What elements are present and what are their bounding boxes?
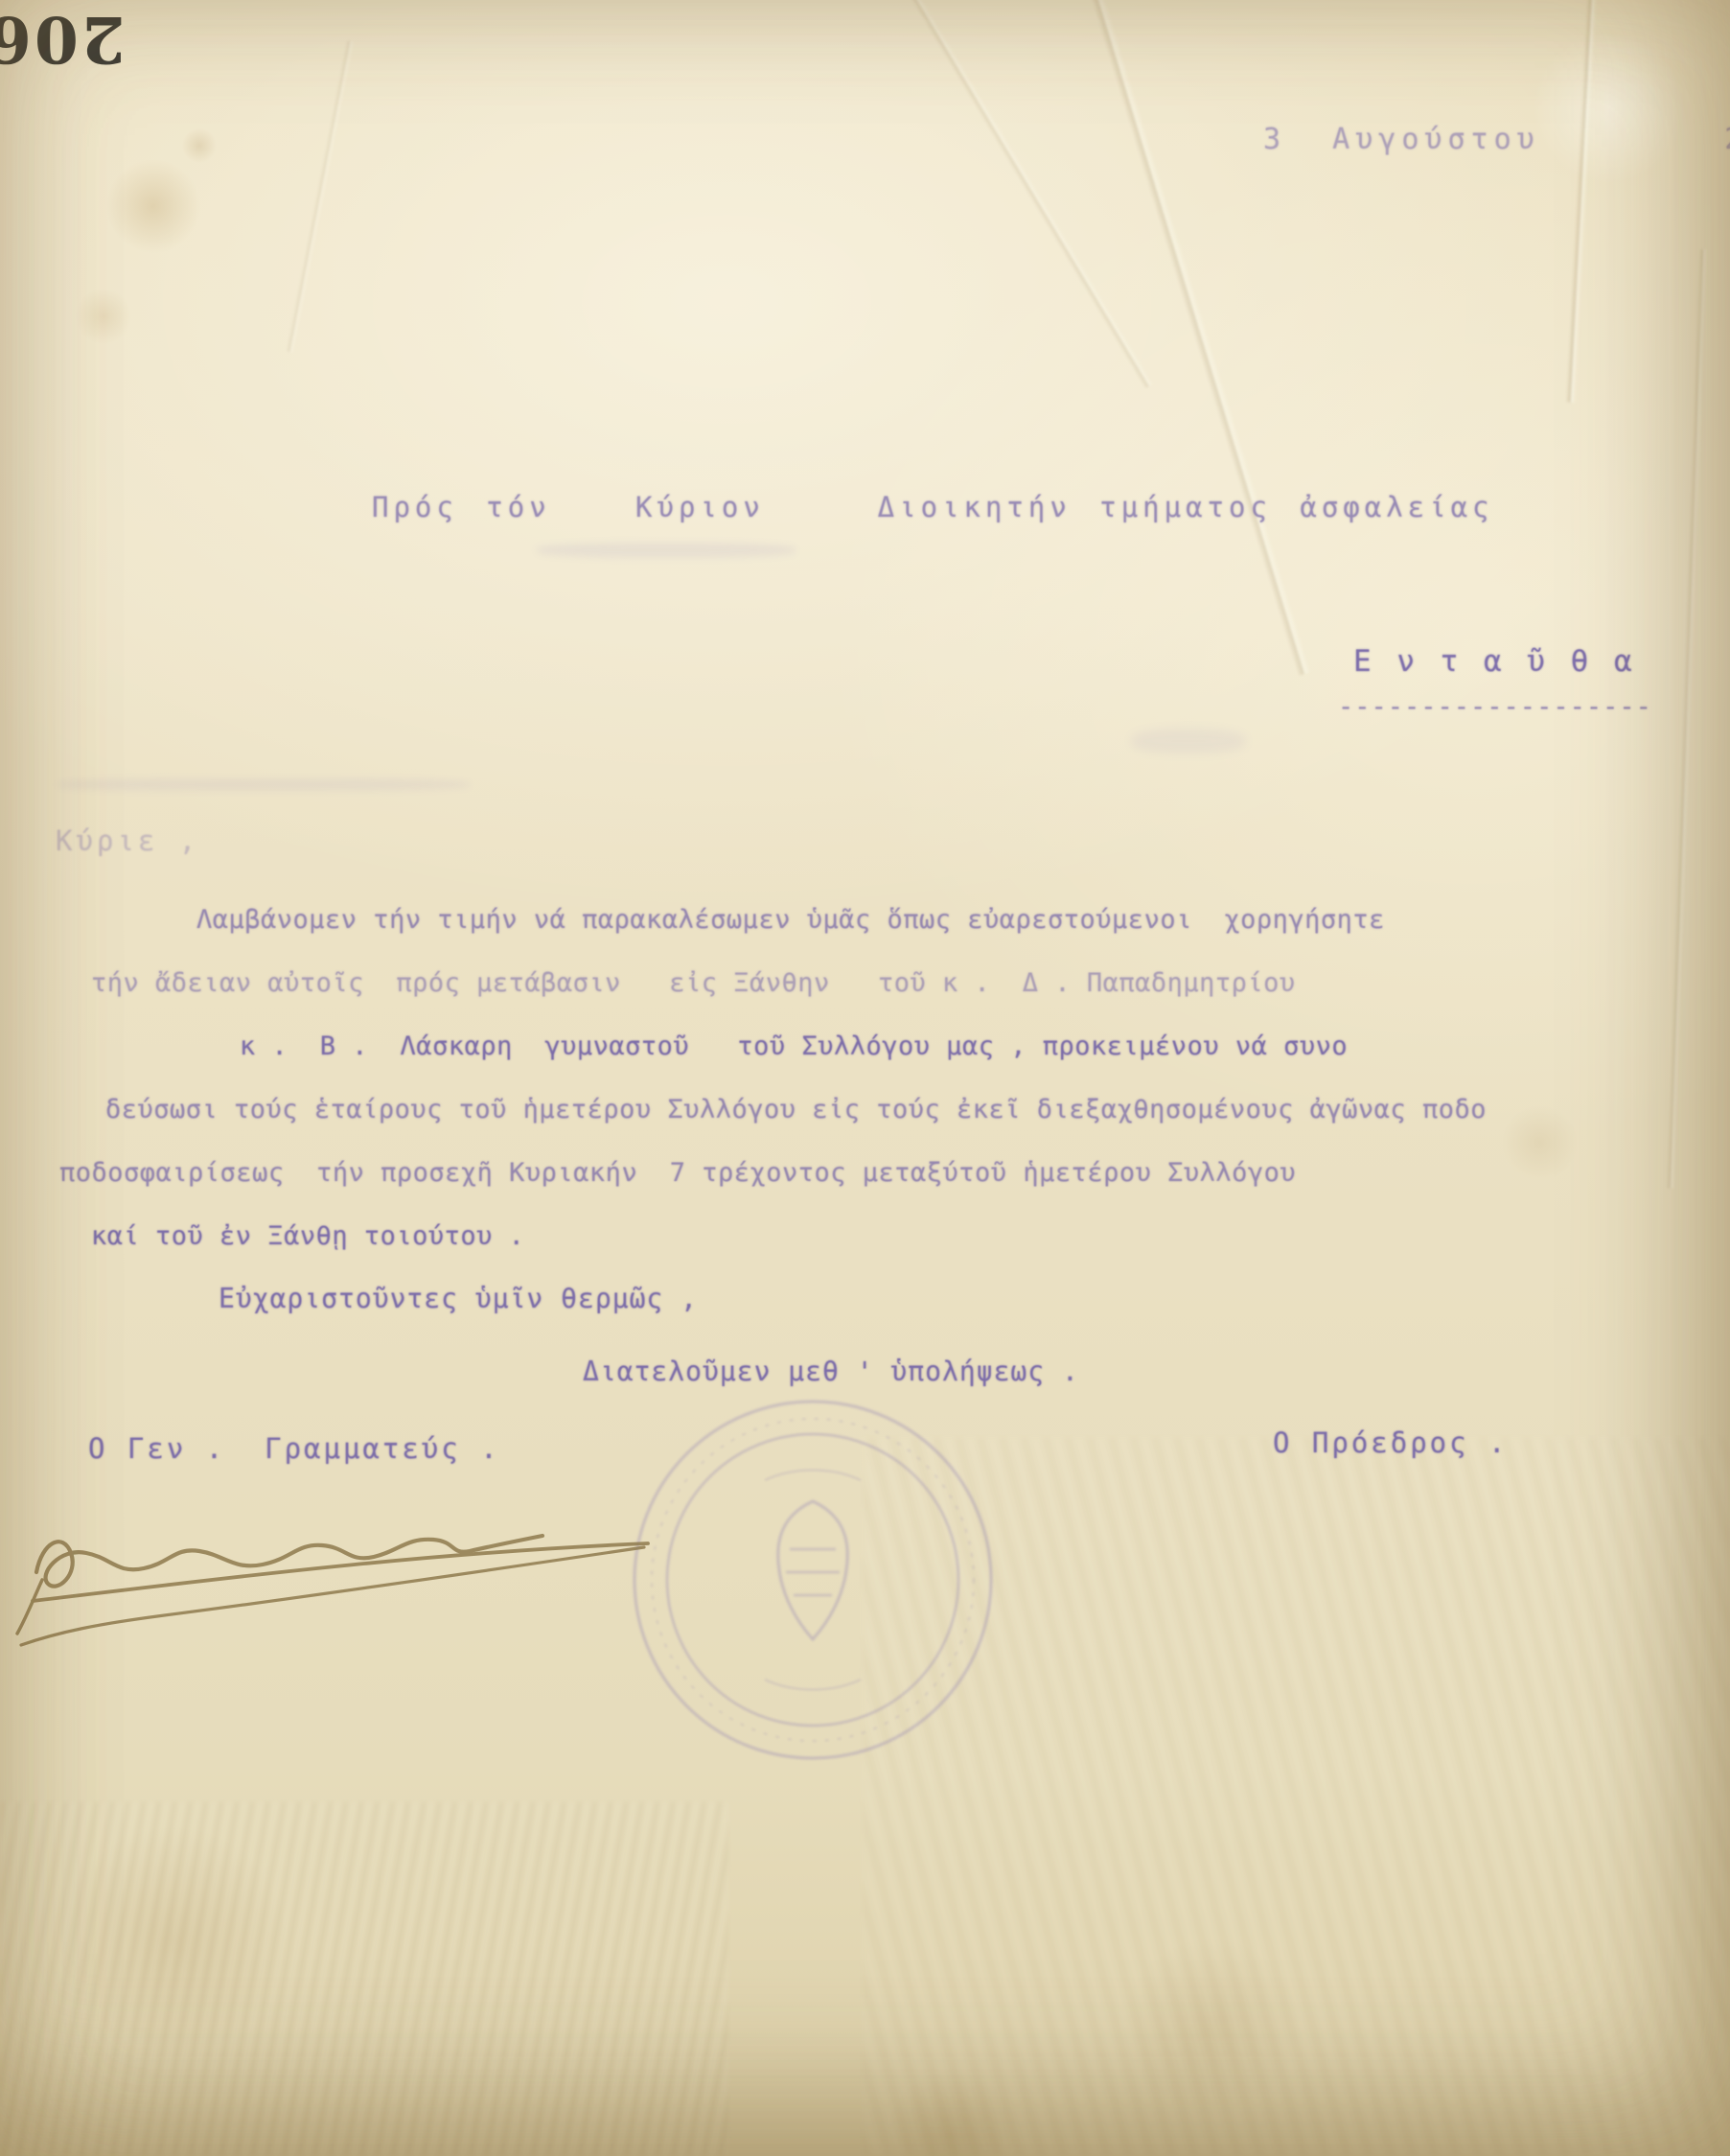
place-line: Ε ν τ α ῦ θ α: [1353, 644, 1636, 679]
paper-stains: [0, 0, 1730, 2156]
scan-vignette: [0, 0, 1730, 2156]
recipient-line: Πρός τόν Κύριον Διοικητήν τμήματος ἀσφαλ…: [372, 491, 1494, 523]
paper-crease: [287, 40, 355, 352]
body-line-3: κ . Β . Λάσκαρη γυμναστοῦ τοῦ Συλλόγου μ…: [240, 1032, 1348, 1061]
paper-crease: [1079, 0, 1310, 676]
page-number-upside-down: 206: [0, 2, 126, 77]
ink-smudge: [58, 778, 470, 791]
president-label: Ο Πρόεδρος .: [1273, 1426, 1509, 1459]
paper-wrinkles: [0, 1802, 728, 2156]
ink-smudge: [537, 543, 796, 558]
paper-crease: [1566, 0, 1597, 403]
thanks-line: Εὐχαριστοῦντες ὑμῖν θερμῶς ,: [219, 1283, 698, 1314]
paper-crease: [1667, 249, 1707, 1189]
handwritten-signature: [4, 1465, 675, 1657]
body-line-4: δεύσωσι τούς ἑταίρους τοῦ ἡμετέρου Συλλό…: [105, 1095, 1487, 1124]
round-stamp-graphic: [621, 1388, 1004, 1772]
body-line-1: Λαμβάνομεν τήν τιμήν νά παρακαλέσωμεν ὑμ…: [196, 905, 1385, 935]
body-line-2: τήν ἄδειαν αὐτοῖς πρός μετάβασιν εἰς Ξάν…: [91, 968, 1296, 998]
paper-crease: [888, 0, 1153, 388]
body-line-5: ποδοσφαιρίσεως τήν προσεχῆ Κυριακήν 7 τρ…: [59, 1158, 1296, 1188]
round-stamp: [621, 1388, 1004, 1772]
secretary-label: Ο Γεν . Γραμματεύς .: [88, 1432, 500, 1465]
signature-graphic: [4, 1465, 675, 1657]
scanned-letter-page: 206 3 Αυγούστου 2 Πρός τόν Κύριον Διοικη…: [0, 0, 1730, 2156]
ink-smudge: [1131, 729, 1246, 753]
date-line: 3 Αυγούστου 2: [1263, 123, 1730, 156]
salutation-line: Κύριε ,: [56, 824, 199, 857]
place-underline: -------------------: [1338, 692, 1652, 722]
body-line-6: καί τοῦ ἐν Ξάνθῃ τοιούτου .: [91, 1221, 524, 1251]
valediction-line: Διατελοῦμεν μεθ ' ὑπολήψεως .: [583, 1356, 1079, 1387]
